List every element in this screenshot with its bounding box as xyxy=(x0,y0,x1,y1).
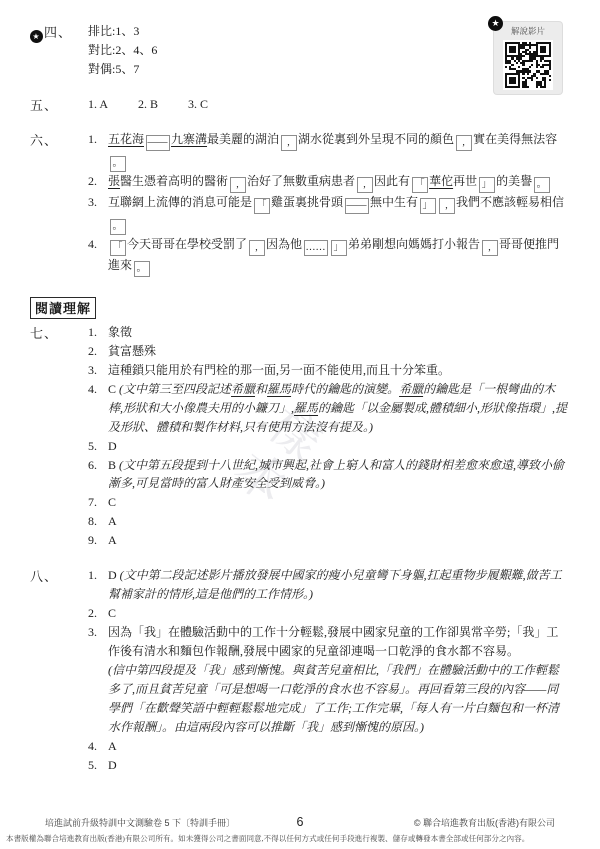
boxed-punctuation: —— xyxy=(146,135,170,151)
item-number: 2. xyxy=(88,342,108,361)
answer-text: 湖水從裏到外呈現不同的顏色 xyxy=(298,132,454,146)
qr-code-icon xyxy=(503,40,553,90)
boxed-punctuation: 「 xyxy=(254,198,270,214)
explanation-proper-noun: 羅馬 xyxy=(267,382,291,396)
page-number: 6 xyxy=(280,815,320,829)
item-number: 3. xyxy=(88,623,108,642)
boxed-punctuation: 。 xyxy=(110,156,126,172)
boxed-punctuation: , xyxy=(357,177,373,193)
item-number: 4. xyxy=(88,380,108,399)
answer-item: 3.互聯網上流傳的消息可能是「雞蛋裏挑骨頭——無中生有」,我們不應該輕易相信。 xyxy=(88,193,570,235)
boxed-punctuation: 。 xyxy=(110,219,126,235)
answer-item: 7.C xyxy=(88,493,570,512)
proper-noun-underline: 張 xyxy=(108,174,120,188)
answer-item: 9.A xyxy=(88,531,570,550)
answer-item: 2.張醫生憑着高明的醫術,治好了無數重病患者,因此有「華佗再世」的美譽。 xyxy=(88,172,570,193)
item-body: 五花海——九寨溝最美麗的湖泊,湖水從裏到外呈現不同的顏色,實在美得無法容。 xyxy=(108,130,570,172)
explanation-text: (文中第五段提到十八世紀,城市興起,社會上窮人和富人的錢財相差愈來愈遠,導致小偷… xyxy=(108,458,564,491)
section-answers: 1.象徵2.貧富懸殊3.這種鎖只能用於有門栓的那一面,另一面不能使用,而且十分笨… xyxy=(88,323,570,550)
answer-item: 4.A xyxy=(88,737,570,756)
item-body: 互聯網上流傳的消息可能是「雞蛋裏挑骨頭——無中生有」,我們不應該輕易相信。 xyxy=(108,193,570,235)
item-number: 7. xyxy=(88,493,108,512)
section-marker: 五、 xyxy=(30,95,88,114)
boxed-punctuation: —— xyxy=(345,198,369,214)
boxed-punctuation: 「 xyxy=(110,240,126,256)
explanation-text: 時代的鑰匙的演變。 xyxy=(291,382,399,396)
section-marker: 六、 xyxy=(30,130,88,149)
boxed-punctuation: …… xyxy=(304,240,328,256)
answer-text: 再世 xyxy=(453,174,477,188)
item-body: 這種鎖只能用於有門栓的那一面,另一面不能使用,而且十分笨重。 xyxy=(108,361,570,380)
answer-item: 1.D (文中第二段記述影片播放發展中國家的瘦小兒童彎下身軀,扛起重物步履艱難,… xyxy=(88,566,570,604)
proper-noun-underline: 華佗 xyxy=(429,174,453,188)
proper-noun-underline: 九寨溝 xyxy=(171,132,207,146)
explanation-text: (信中第四段提及「我」感到慚愧。與貧苦兒童相比,「我們」在體驗活動中的工作輕鬆多… xyxy=(108,663,559,734)
answer-text: 醫生憑着高明的醫術 xyxy=(120,174,228,188)
answer-item: 8.A xyxy=(88,512,570,531)
item-number: 2. xyxy=(88,172,108,191)
section-sec-4: ★四、排比:1、3對比:2、4、6對偶:5、7 xyxy=(30,22,570,79)
answer-item: 2.貧富懸殊 xyxy=(88,342,570,361)
boxed-punctuation: 「 xyxy=(412,177,428,193)
boxed-punctuation: 」 xyxy=(420,198,436,214)
boxed-punctuation: , xyxy=(249,240,265,256)
qr-label: 解說影片 xyxy=(494,22,562,37)
answer-item: 4.「今天哥哥在學校受罰了,因為他……」弟弟剛想向媽媽打小報告,哥哥便推門進來。 xyxy=(88,235,570,277)
answer-text: 治好了無數重病患者 xyxy=(247,174,355,188)
item-number: 1. xyxy=(88,566,108,585)
section-marker: 八、 xyxy=(30,566,88,585)
answer-text: 今天哥哥在學校受罰了 xyxy=(127,237,247,251)
item-body: 「今天哥哥在學校受罰了,因為他……」弟弟剛想向媽媽打小報告,哥哥便推門進來。 xyxy=(108,235,570,277)
answer-text: 這種鎖只能用於有門栓的那一面,另一面不能使用,而且十分笨重。 xyxy=(108,363,450,377)
boxed-punctuation: , xyxy=(230,177,246,193)
answer-text: B xyxy=(108,458,119,472)
item-body: 象徵 xyxy=(108,323,570,342)
item-body: A xyxy=(108,737,570,756)
answer-text: C xyxy=(108,382,119,396)
item-body: A xyxy=(108,512,570,531)
answer-item: 6.B (文中第五段提到十八世紀,城市興起,社會上窮人和富人的錢財相差愈來愈遠,… xyxy=(88,456,570,494)
answer-item: 3.這種鎖只能用於有門栓的那一面,另一面不能使用,而且十分笨重。 xyxy=(88,361,570,380)
item-number: 3. xyxy=(88,193,108,212)
answer-item: 1.五花海——九寨溝最美麗的湖泊,湖水從裏到外呈現不同的顏色,實在美得無法容。 xyxy=(88,130,570,172)
item-number: 1. xyxy=(88,130,108,149)
section-sec-8: 八、1.D (文中第二段記述影片播放發展中國家的瘦小兒童彎下身軀,扛起重物步履艱… xyxy=(30,566,570,774)
page-footer: 培進試前升級特訓中文測驗卷 5 下〔特訓手冊〕 6 © 聯合培進教育出版(香港)… xyxy=(0,815,600,829)
answer-item: 3. C xyxy=(188,97,208,111)
section-heading-reading-heading: 閱讀理解 xyxy=(30,297,96,319)
answer-item: 5.D xyxy=(88,437,570,456)
item-number: 5. xyxy=(88,756,108,775)
explanation-text: 和 xyxy=(255,382,267,396)
answer-text: 雞蛋裏挑骨頭 xyxy=(271,195,343,209)
answer-text: 無中生有 xyxy=(370,195,418,209)
proper-noun-underline: 五花海 xyxy=(108,132,144,146)
section-marker: ★四、 xyxy=(30,22,88,43)
answer-text: 實在美得無法容 xyxy=(473,132,557,146)
answer-text: D xyxy=(108,439,117,453)
explanation-proper-noun: 希臘 xyxy=(399,382,423,396)
boxed-punctuation: , xyxy=(281,135,297,151)
copyright-notice: 本書版權為聯合培進教育出版(香港)有限公司所有。如未獲得公司之書面同意,不得以任… xyxy=(6,833,594,844)
answer-item: 1.象徵 xyxy=(88,323,570,342)
item-body: C xyxy=(108,604,570,623)
inline-answers: 1. A2. B3. C xyxy=(88,95,570,114)
boxed-punctuation: 。 xyxy=(134,261,150,277)
star-badge-icon: ★ xyxy=(30,30,43,43)
answer-text: 的美譽 xyxy=(496,174,532,188)
answer-item: 3.因為「我」在體驗活動中的工作十分輕鬆,發展中國家兒童的工作卻異常辛勞;「我」… xyxy=(88,623,570,737)
explanation-text: (文中第三至四段記述 xyxy=(119,382,231,396)
qr-panel: ★ 解說影片 xyxy=(494,22,562,94)
item-body: C (文中第三至四段記述希臘和羅馬時代的鑰匙的演變。希臘的鑰匙是「一根彎曲的木棒… xyxy=(108,380,570,437)
footer-book-title: 培進試前升級特訓中文測驗卷 5 下〔特訓手冊〕 xyxy=(45,816,280,829)
answer-text: 互聯網上流傳的消息可能是 xyxy=(108,195,252,209)
item-body: C xyxy=(108,493,570,512)
item-number: 9. xyxy=(88,531,108,550)
boxed-punctuation: , xyxy=(439,198,455,214)
section-answers: 1. A2. B3. C xyxy=(88,95,570,114)
footer-publisher: © 聯合培進教育出版(香港)有限公司 xyxy=(320,816,555,829)
answer-text: D xyxy=(108,568,120,582)
boxed-punctuation: , xyxy=(456,135,472,151)
item-number: 5. xyxy=(88,437,108,456)
item-number: 4. xyxy=(88,737,108,756)
boxed-punctuation: 。 xyxy=(534,177,550,193)
item-body: D xyxy=(108,437,570,456)
answer-text: 因此有 xyxy=(374,174,410,188)
item-body: B (文中第五段提到十八世紀,城市興起,社會上窮人和富人的錢財相差愈來愈遠,導致… xyxy=(108,456,570,494)
item-body: 貧富懸殊 xyxy=(108,342,570,361)
section-sec-5: 五、1. A2. B3. C xyxy=(30,95,570,114)
explanation-text: (文中第二段記述影片播放發展中國家的瘦小兒童彎下身軀,扛起重物步履艱難,做苦工幫… xyxy=(108,568,562,601)
answer-text: A xyxy=(108,514,117,528)
item-number: 1. xyxy=(88,323,108,342)
section-answers: 1.五花海——九寨溝最美麗的湖泊,湖水從裏到外呈現不同的顏色,實在美得無法容。2… xyxy=(88,130,570,277)
answer-text: D xyxy=(108,758,117,772)
answer-text: 象徵 xyxy=(108,325,132,339)
answer-item: 5.D xyxy=(88,756,570,775)
section-answers: 1.D (文中第二段記述影片播放發展中國家的瘦小兒童彎下身軀,扛起重物步履艱難,… xyxy=(88,566,570,774)
item-number: 2. xyxy=(88,604,108,623)
explanation-proper-noun: 羅馬 xyxy=(294,401,318,415)
answer-text: 因為「我」在體驗活動中的工作十分輕鬆,發展中國家兒童的工作卻異常辛勞;「我」工作… xyxy=(108,625,558,658)
explanation-proper-noun: 希臘 xyxy=(231,382,255,396)
item-number: 3. xyxy=(88,361,108,380)
item-number: 6. xyxy=(88,456,108,475)
answer-item: 2. B xyxy=(138,97,158,111)
item-body: 張醫生憑着高明的醫術,治好了無數重病患者,因此有「華佗再世」的美譽。 xyxy=(108,172,570,193)
answer-text: 弟弟剛想向媽媽打小報告 xyxy=(348,237,480,251)
answer-item: 2.C xyxy=(88,604,570,623)
answer-text: 我們不應該輕易相信 xyxy=(456,195,564,209)
item-body: A xyxy=(108,531,570,550)
answer-text: 最美麗的湖泊 xyxy=(207,132,279,146)
answers-content: ★四、排比:1、3對比:2、4、6對偶:5、7五、1. A2. B3. C六、1… xyxy=(0,0,600,775)
answer-text: 貧富懸殊 xyxy=(108,344,156,358)
answer-text: A xyxy=(108,533,117,547)
answer-text: C xyxy=(108,606,116,620)
item-body: D xyxy=(108,756,570,775)
star-badge-icon: ★ xyxy=(488,16,503,31)
answer-text: C xyxy=(108,495,116,509)
item-body: D (文中第二段記述影片播放發展中國家的瘦小兒童彎下身軀,扛起重物步履艱難,做苦… xyxy=(108,566,570,604)
item-body: 因為「我」在體驗活動中的工作十分輕鬆,發展中國家兒童的工作卻異常辛勞;「我」工作… xyxy=(108,623,570,737)
answer-key-page: 樣本 ★ 解說影片 ★四、排比:1、3對比:2、4、6對偶:5、7五、1. A2… xyxy=(0,0,600,849)
answer-text: 因為他 xyxy=(266,237,302,251)
boxed-punctuation: 」 xyxy=(479,177,495,193)
boxed-punctuation: 」 xyxy=(331,240,347,256)
section-marker: 七、 xyxy=(30,323,88,342)
item-number: 4. xyxy=(88,235,108,254)
answer-item: 1. A xyxy=(88,97,108,111)
section-sec-6: 六、1.五花海——九寨溝最美麗的湖泊,湖水從裏到外呈現不同的顏色,實在美得無法容… xyxy=(30,130,570,277)
section-sec-7: 七、1.象徵2.貧富懸殊3.這種鎖只能用於有門栓的那一面,另一面不能使用,而且十… xyxy=(30,323,570,550)
answer-item: 4.C (文中第三至四段記述希臘和羅馬時代的鑰匙的演變。希臘的鑰匙是「一根彎曲的… xyxy=(88,380,570,437)
item-number: 8. xyxy=(88,512,108,531)
boxed-punctuation: , xyxy=(482,240,498,256)
answer-text: A xyxy=(108,739,117,753)
